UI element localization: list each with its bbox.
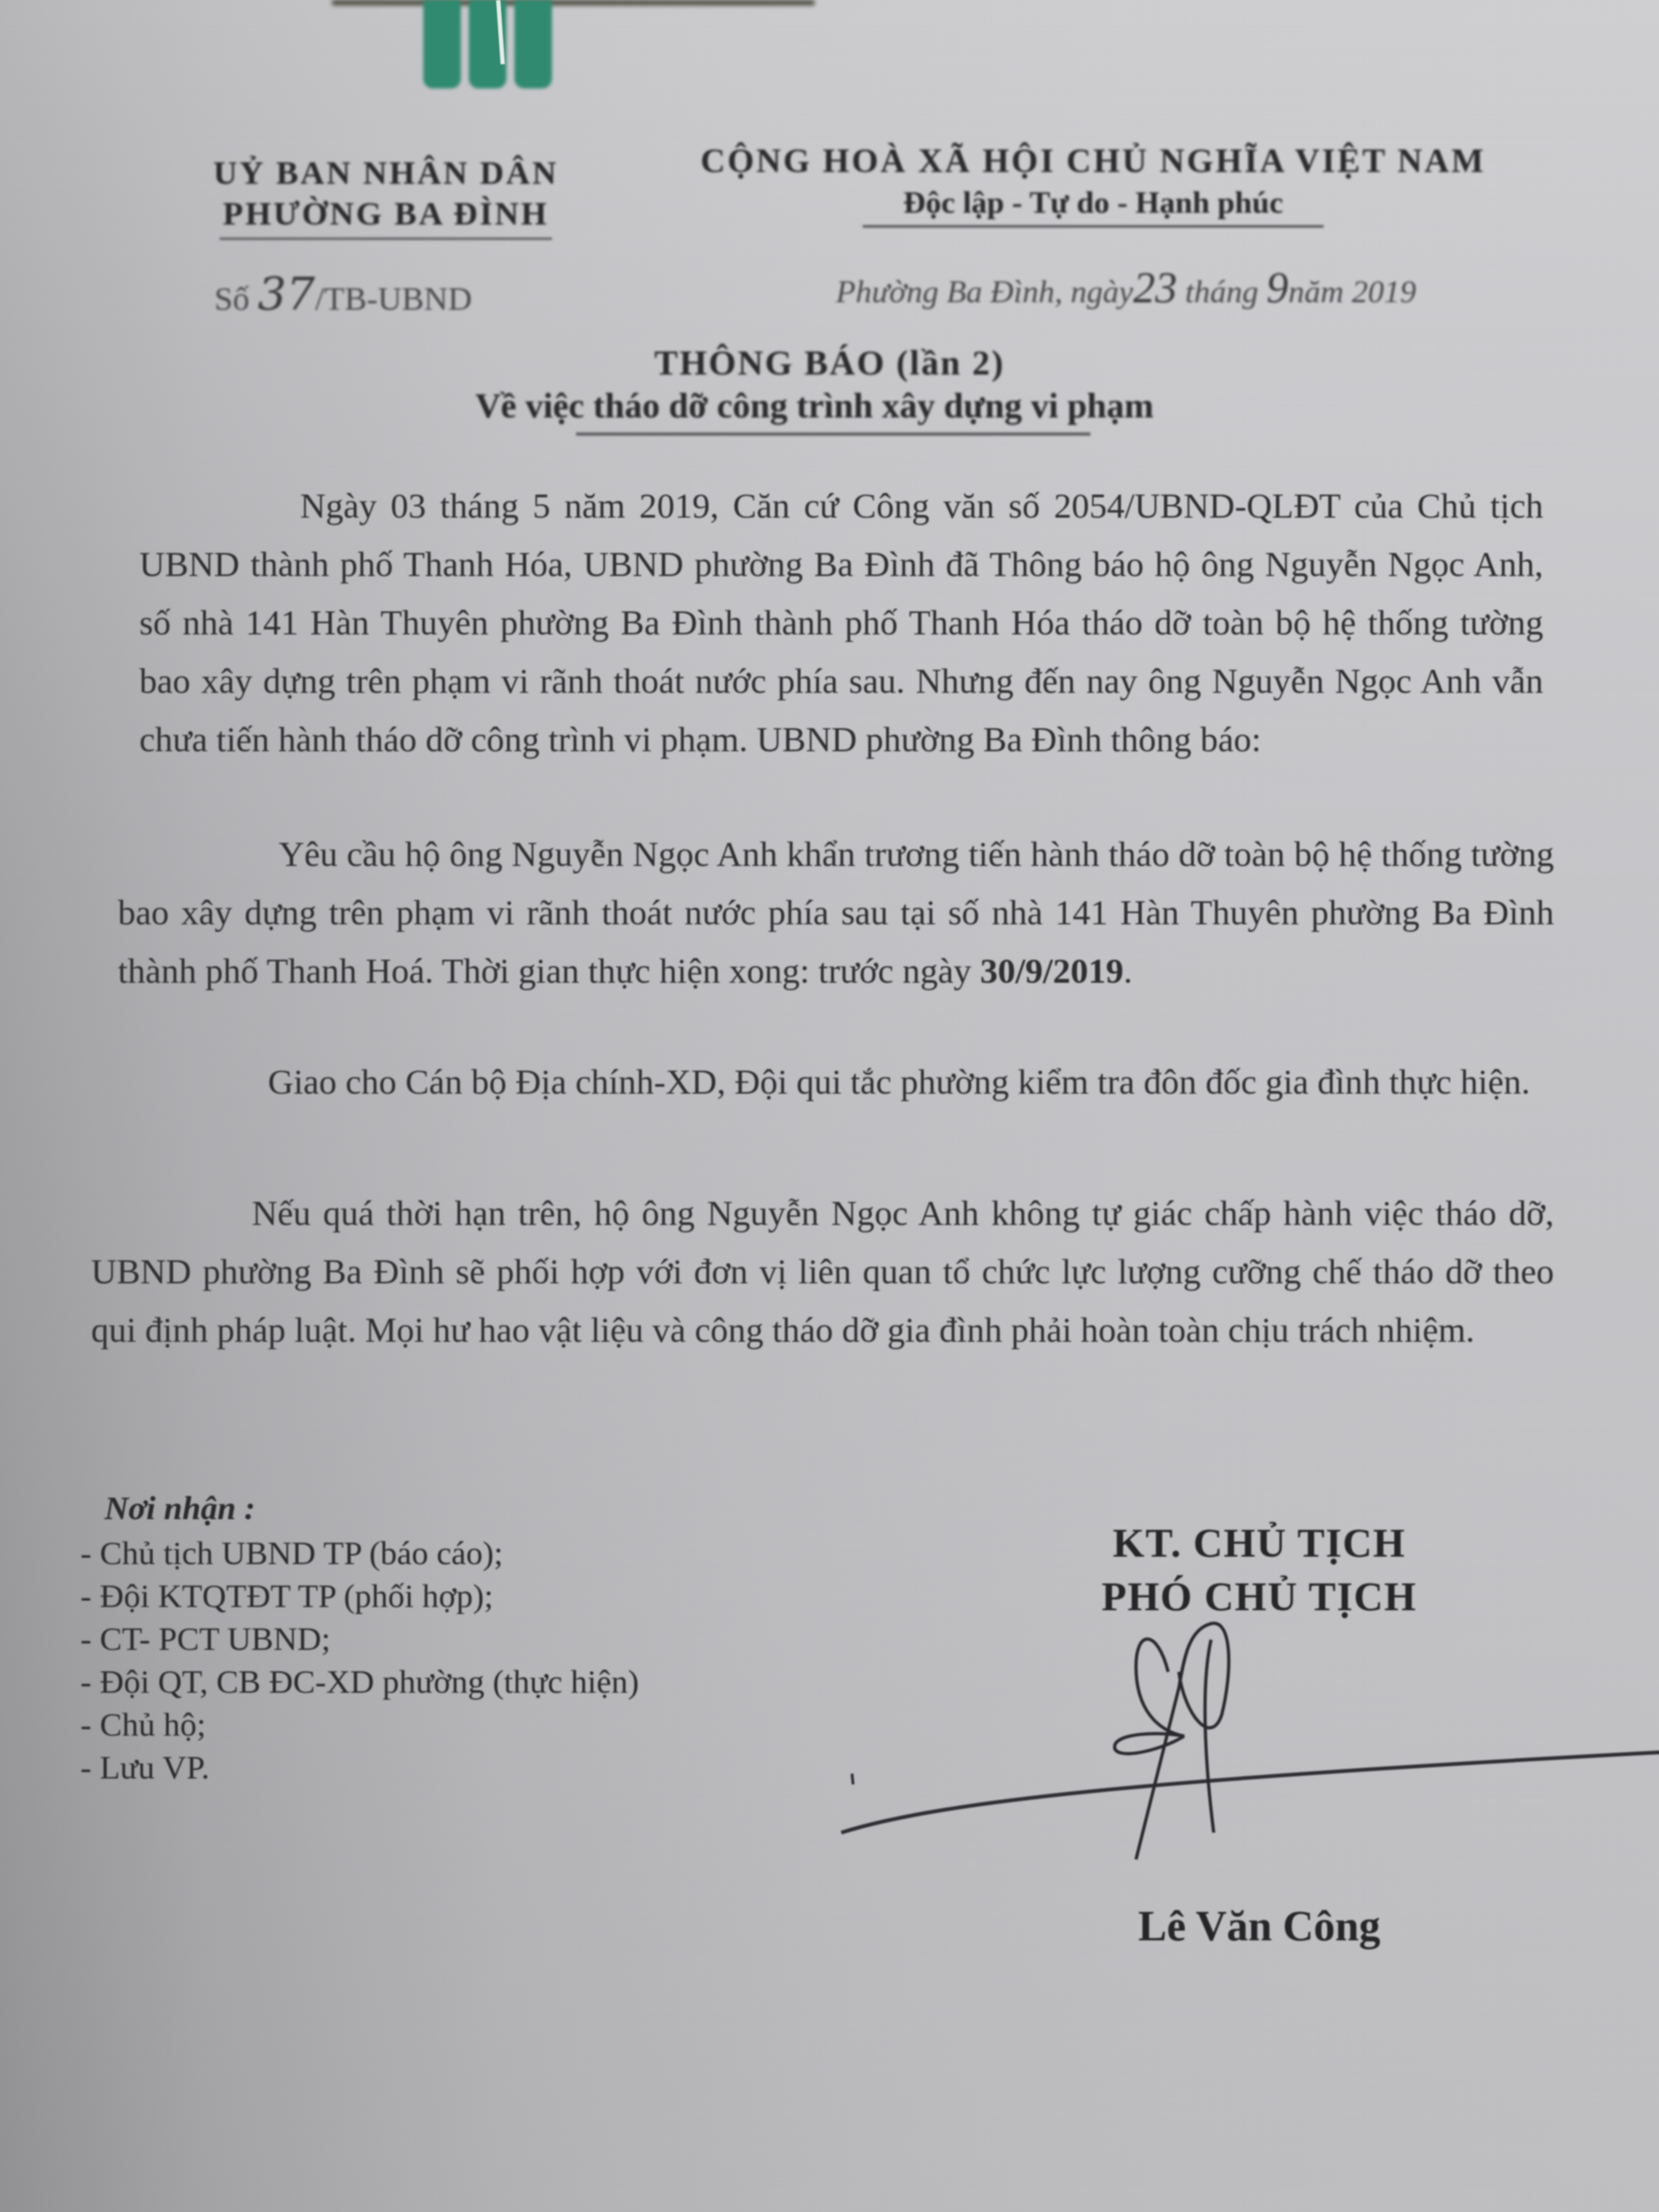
recipient-item: - Lưu VP. (80, 1749, 639, 1787)
document-page: UỶ BAN NHÂN DÂN PHƯỜNG BA ĐÌNH Số 37/TB-… (0, 0, 1659, 2212)
paragraph-3-text: Giao cho Cán bộ Địa chính-XD, Đội qui tắ… (107, 1053, 1565, 1111)
place-date: Phường Ba Đình, ngày23 tháng 9năm 2019 (836, 263, 1416, 313)
number-suffix: /TB-UBND (315, 281, 472, 317)
subject-underline (576, 432, 1090, 436)
number-handwritten: 37 (258, 268, 315, 320)
recipient-item: - CT- PCT UBND; (80, 1620, 639, 1658)
deadline-date: 30/9/2019 (980, 952, 1124, 991)
date-month: 9 (1266, 263, 1288, 312)
signer-title-1: KT. CHỦ TỊCH (965, 1516, 1554, 1570)
paragraph-3: Giao cho Cán bộ Địa chính-XD, Đội qui tắ… (107, 1053, 1565, 1111)
recipient-item: - Chủ hộ; (80, 1706, 639, 1744)
date-day: 23 (1133, 263, 1177, 312)
authority-line-1: UỶ BAN NHÂN DÂN (198, 153, 573, 193)
paragraph-1-text: Ngày 03 tháng 5 năm 2019, Căn cứ Công vă… (139, 477, 1543, 769)
national-header: CỘNG HOÀ XÃ HỘI CHỦ NGHĨA VIỆT NAM Độc l… (670, 139, 1516, 228)
paragraph-2-text: Yêu cầu hộ ông Nguyễn Ngọc Anh khẩn trươ… (118, 835, 1554, 991)
number-prefix: Số (214, 281, 249, 317)
date-year: năm 2019 (1288, 274, 1416, 309)
binder-clip-icon (423, 0, 584, 91)
recipient-item: - Đội KTQTĐT TP (phối hợp); (80, 1578, 639, 1615)
paragraph-4-text: Nếu quá thời hạn trên, hộ ông Nguyễn Ngọ… (91, 1184, 1554, 1359)
recipient-item: - Chủ tịch UBND TP (báo cáo); (80, 1535, 639, 1572)
handwritten-signature-icon (836, 1608, 1659, 1908)
recipients-heading: Nơi nhận : (104, 1490, 639, 1527)
signer-name: Lê Văn Công (965, 1902, 1554, 1951)
paragraph-4: Nếu quá thời hạn trên, hộ ông Nguyễn Ngọ… (91, 1184, 1554, 1359)
authority-underline (220, 237, 552, 240)
document-number: Số 37/TB-UBND (214, 268, 472, 320)
document-subject: Về việc tháo dỡ công trình xây dựng vi p… (64, 386, 1565, 427)
recipient-item: - Đội QT, CB ĐC-XD phường (thực hiện) (80, 1663, 639, 1701)
date-prefix: Phường Ba Đình, ngày (836, 274, 1133, 309)
motto-underline (863, 225, 1324, 228)
document-title: THÔNG BÁO (lần 2) (0, 343, 1659, 384)
national-title: CỘNG HOÀ XÃ HỘI CHỦ NGHĨA VIỆT NAM (670, 139, 1516, 182)
paragraph-2-end: . (1124, 952, 1133, 991)
date-month-label: tháng (1185, 274, 1259, 309)
recipients-block: Nơi nhận : - Chủ tịch UBND TP (báo cáo);… (80, 1490, 639, 1792)
authority-line-2: PHƯỜNG BA ĐÌNH (198, 193, 573, 234)
paragraph-1: Ngày 03 tháng 5 năm 2019, Căn cứ Công vă… (139, 477, 1543, 769)
issuing-authority: UỶ BAN NHÂN DÂN PHƯỜNG BA ĐÌNH (198, 153, 573, 240)
national-motto: Độc lập - Tự do - Hạnh phúc (670, 182, 1516, 223)
paragraph-2: Yêu cầu hộ ông Nguyễn Ngọc Anh khẩn trươ… (118, 825, 1554, 1000)
